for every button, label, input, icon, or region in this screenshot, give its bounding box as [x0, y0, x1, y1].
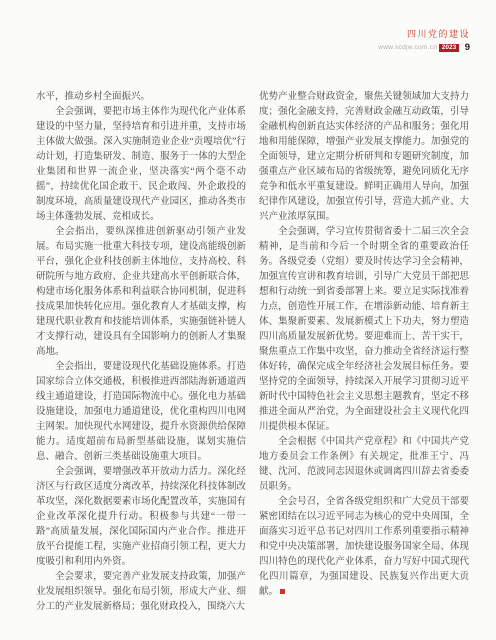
magazine-masthead: 四川党的建设 www.scdjw.com.cn 2023 9 — [378, 27, 470, 53]
year-badge: 2023 — [439, 44, 458, 52]
paragraph: 全会要求，要完善产业发展支持政策，加强产业发展组织领导。强化布局引领，形成大产业… — [36, 570, 246, 615]
paragraph: 优势产业整合财政资金，聚焦关键领域加大支持力度；强化金融支持，完善财政金融互动政… — [259, 90, 469, 225]
magazine-website: www.scdjw.com.cn — [378, 44, 437, 51]
article-end-mark-icon — [280, 589, 285, 594]
paragraph: 全会强调，要增强改革开放动力活力。深化经济区与行政区适度分离改革，持续深化科技体… — [36, 465, 246, 570]
article-body: 水平，推动乡村全面振兴。全会强调，要把市场主体作为现代化产业体系建设的中坚力量，… — [36, 90, 469, 615]
paragraph: 全会强调，要把市场主体作为现代化产业体系建设的中坚力量，坚持培育和引进并重，支持… — [36, 105, 246, 225]
right-column: 优势产业整合财政资金，聚焦关键领域加大支持力度；强化金融支持，完善财政金融互动政… — [259, 90, 469, 615]
left-column: 水平，推动乡村全面振兴。全会强调，要把市场主体作为现代化产业体系建设的中坚力量，… — [36, 90, 246, 615]
magazine-title: 四川党的建设 — [378, 27, 470, 40]
paragraph: 全会强调，学习宣传贯彻省委十二届三次全会精神，是当前和今后一个时期全省的重要政治… — [259, 225, 469, 435]
paragraph: 全会根据《中国共产党章程》和《中国共产党地方委员会工作条例》有关规定，批准王宁、… — [259, 435, 469, 495]
paragraph: 全会指出，要纵深推进创新驱动引领产业发展。布局实施一批重大科技专项，建设高能级创… — [36, 225, 246, 360]
paragraph: 水平，推动乡村全面振兴。 — [36, 90, 246, 105]
paragraph: 全会指出，要建设现代化基础设施体系。打造国家综合立体交通极，积极推进西部陆海新通… — [36, 360, 246, 465]
paragraph: 全会号召，全省各级党组织和广大党员干部要紧密团结在以习近平同志为核心的党中央周围… — [259, 495, 469, 600]
page-number: 9 — [465, 42, 470, 53]
magazine-page: 四川党的建设 www.scdjw.com.cn 2023 9 水平，推动乡村全面… — [0, 0, 496, 640]
magazine-meta-line: www.scdjw.com.cn 2023 9 — [378, 42, 470, 53]
